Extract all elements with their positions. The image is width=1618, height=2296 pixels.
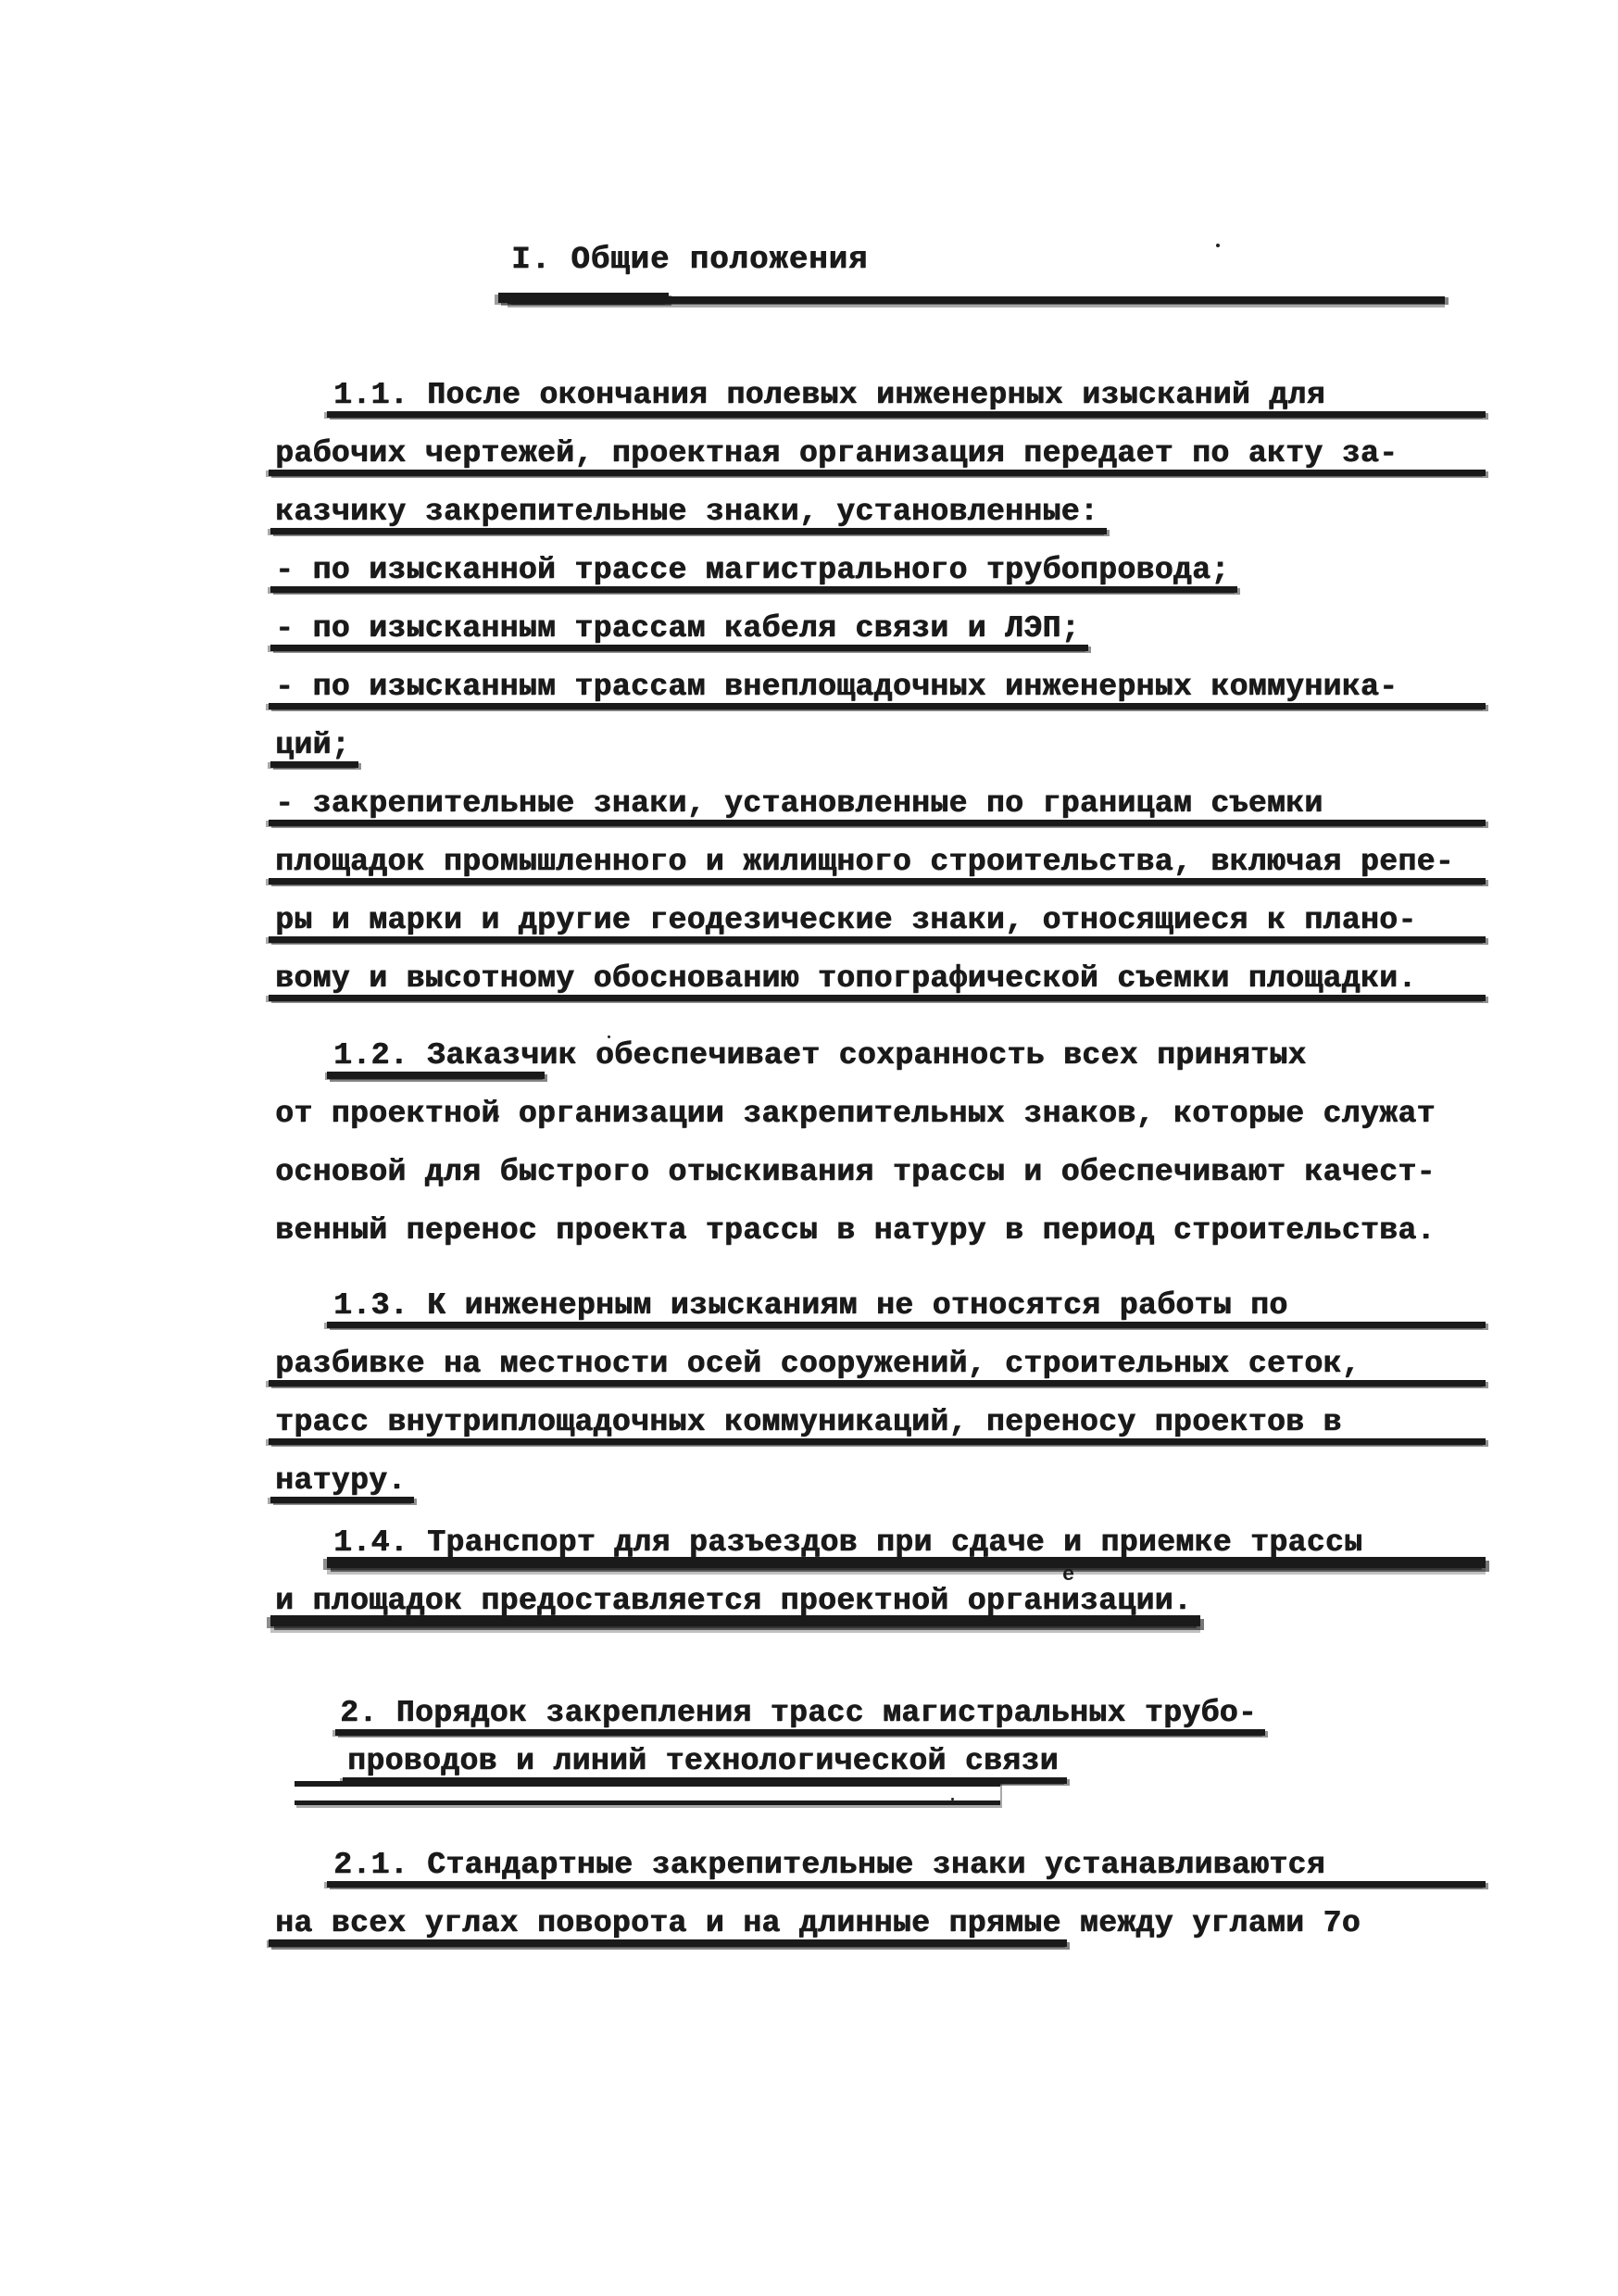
text-line: натуру. [275, 1456, 1482, 1514]
section-2-heading: 2. Порядок закрепления трасс магистральн… [275, 1688, 1482, 1785]
text-line: - по изысканным трассам кабеля связи и Л… [275, 604, 1482, 662]
text-line: от проектной организации закрепительных … [275, 1089, 1482, 1148]
line-text: на всех углах поворота и на длинные прям… [275, 1906, 1361, 1940]
scan-speck [951, 1798, 954, 1800]
heading-double-underline [295, 1781, 1000, 1805]
line-text: проводов и линий технологической связи [347, 1744, 1059, 1778]
text-line: казчику закрепительные знаки, установлен… [275, 487, 1482, 546]
text-line: трасс внутриплощадочных коммуникаций, пе… [275, 1398, 1482, 1456]
line-text: трасс внутриплощадочных коммуникаций, пе… [275, 1405, 1342, 1439]
text-line: ры и марки и другие геодезические знаки,… [275, 896, 1482, 954]
text-line: и площадок предоставляется проектной орг… [275, 1576, 1482, 1635]
line-text: - по изысканной трассе магистрального тр… [275, 553, 1229, 587]
text-line: 1.3. К инженерным изысканиям не относятс… [275, 1281, 1482, 1339]
paragraph-2-1: 2.1. Стандартные закрепительные знаки ус… [275, 1840, 1482, 1957]
handwritten-correction: е [1062, 1563, 1074, 1587]
text-line: ций; [275, 721, 1482, 779]
text-line: рабочих чертежей, проектная организация … [275, 429, 1482, 487]
text-line: на всех углах поворота и на длинные прям… [275, 1899, 1482, 1957]
text-line: площадок промышленного и жилищного строи… [275, 837, 1482, 896]
text-line: 2. Порядок закрепления трасс магистральн… [275, 1688, 1482, 1737]
line-text: - по изысканным трассам кабеля связи и Л… [275, 611, 1080, 646]
text-line: венный перенос проекта трассы в натуру в… [275, 1206, 1482, 1264]
title-underline [508, 296, 1445, 304]
text-line: проводов и линий технологической связи [275, 1737, 1482, 1785]
line-text: 1.3. К инженерным изысканиям не относятс… [333, 1288, 1287, 1323]
document-title: I. Общие положения [511, 243, 868, 278]
line-text: 1.4. Транспорт для разъездов при сдаче и… [333, 1525, 1362, 1560]
line-text: 1.2. Заказчик обеспечивает сохранность в… [333, 1038, 1307, 1073]
paragraph-1-3: 1.3. К инженерным изысканиям не относятс… [275, 1281, 1482, 1514]
line-text: рабочих чертежей, проектная организация … [275, 436, 1398, 470]
paragraph-1-2: 1.2. Заказчик обеспечивает сохранность в… [275, 1031, 1482, 1264]
text-line: - закрепительные знаки, установленные по… [275, 779, 1482, 837]
scan-speck [608, 1035, 610, 1038]
paragraph-1-1: 1.1. После окончания полевых инженерных … [275, 370, 1482, 1012]
text-line: вому и высотному обоснованию топографиче… [275, 954, 1482, 1012]
line-text: ры и марки и другие геодезические знаки,… [275, 903, 1416, 937]
line-text: ций; [275, 728, 350, 762]
line-text: 2. Порядок закрепления трасс магистральн… [340, 1696, 1257, 1730]
text-line: разбивке на местности осей сооружений, с… [275, 1339, 1482, 1398]
text-line: - по изысканным трассам внеплощадочных и… [275, 662, 1482, 721]
line-text: - по изысканным трассам внеплощадочных и… [275, 670, 1398, 704]
text-line: 1.1. После окончания полевых инженерных … [275, 370, 1482, 429]
line-text: 1.1. После окончания полевых инженерных … [333, 378, 1325, 412]
text-line: - по изысканной трассе магистрального тр… [275, 546, 1482, 604]
text-line: 1.2. Заказчик обеспечивает сохранность в… [275, 1031, 1482, 1089]
text-line: 2.1. Стандартные закрепительные знаки ус… [275, 1840, 1482, 1899]
line-text: основой для быстрого отыскивания трассы … [275, 1155, 1436, 1189]
line-text: казчику закрепительные знаки, установлен… [275, 495, 1098, 529]
scan-speck [1216, 244, 1220, 247]
line-text: разбивке на местности осей сооружений, с… [275, 1347, 1361, 1381]
scanned-document-page: I. Общие положения 1.1. После окончания … [0, 0, 1618, 2296]
text-column: 1.1. После окончания полевых инженерных … [275, 370, 1482, 1957]
line-text: вому и высотному обоснованию топографиче… [275, 961, 1416, 996]
text-line: 1.4. Транспорт для разъездов при сдаче и… [275, 1518, 1482, 1576]
line-text: и площадок предоставляется проектной орг… [275, 1584, 1192, 1618]
line-text: венный перенос проекта трассы в натуру в… [275, 1213, 1436, 1248]
line-text: натуру. [275, 1463, 406, 1498]
line-text: 2.1. Стандартные закрепительные знаки ус… [333, 1848, 1325, 1882]
line-text: от проектной организации закрепительных … [275, 1097, 1436, 1131]
line-text: - закрепительные знаки, установленные по… [275, 786, 1323, 821]
text-line: основой для быстрого отыскивания трассы … [275, 1148, 1482, 1206]
paragraph-1-4: 1.4. Транспорт для разъездов при сдаче и… [275, 1518, 1482, 1635]
scan-speck [496, 1115, 499, 1118]
line-text: площадок промышленного и жилищного строи… [275, 845, 1454, 879]
